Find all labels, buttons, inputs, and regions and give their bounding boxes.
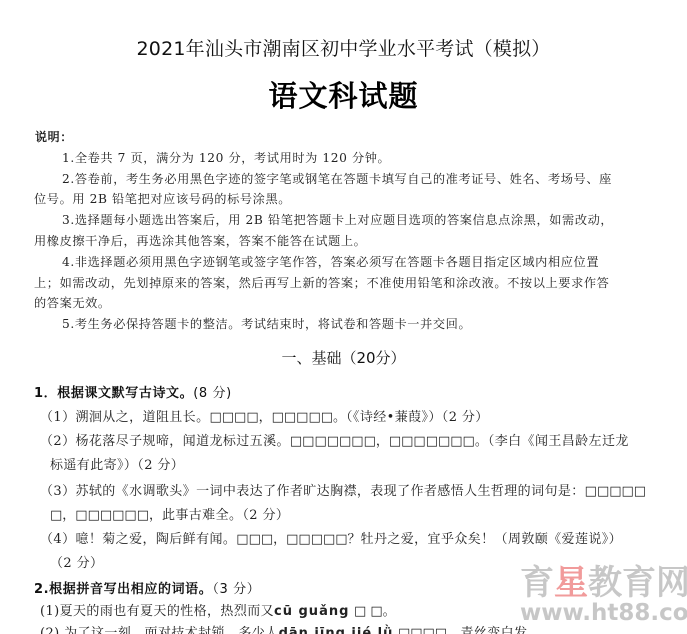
q2-item-2-answer-boxes[interactable]: □□□□ (398, 626, 447, 634)
q1-item-1: （1）溯洄从之，道阻且长。□□□□，□□□□□。（《诗经•蒹葭》）（2 分） (40, 406, 489, 425)
q1-item-4-answer-boxes[interactable]: □□□，□□□□□？ (236, 532, 360, 547)
q1-item-1-text: （1）溯洄从之，道阻且长。 (40, 410, 209, 425)
question-1-score: (8 分) (193, 386, 232, 401)
q1-item-2-cont: 标遥有此寄》）（2 分） (50, 454, 184, 473)
q1-item-2: （2）杨花落尽子规啼，闻道龙标过五溪。□□□□□□□，□□□□□□□。（李白《闻… (40, 430, 629, 449)
q1-item-3-answer-boxes-cont[interactable]: □，□□□□□□， (50, 508, 162, 523)
watermark-char-rest: 教育网 (588, 563, 687, 603)
instructions-heading: 说明： (35, 128, 73, 145)
subject-title: 语文科试题 (0, 74, 687, 115)
q2-item-1: (1)夏天的雨也有夏天的性格，热烈而又cū guǎng □ □。 (40, 600, 396, 619)
watermark-url: www.ht88.com (520, 601, 687, 625)
instruction-line-2-cont: 位号。用 2B 铅笔把对应该号码的标号涂黑。 (34, 190, 291, 207)
q1-item-3-cont: □，□□□□□□，此事古难全。（2 分） (50, 504, 289, 523)
q1-item-4-source: 牡丹之爱，宜乎众矣！（周敦颐《爱莲说》） (361, 532, 623, 547)
watermark-star-char: 星 (554, 563, 588, 603)
q1-item-3-cont-text: 此事古难全。（2 分） (162, 508, 289, 523)
question-1-heading: 1．根据课文默写古诗文。(8 分) (34, 382, 232, 401)
q1-item-2-text: （2）杨花落尽子规啼，闻道龙标过五溪。 (40, 434, 290, 449)
q1-item-2-answer-boxes[interactable]: □□□□□□□，□□□□□□□。 (290, 434, 488, 449)
q2-item-2-tail: ，青丝变白发。 (447, 626, 541, 634)
q1-item-4-text: （4）噫！菊之爱，陶后鲜有闻。 (40, 532, 236, 547)
q1-item-2-source: （李白《闻王昌龄左迁龙 (488, 434, 629, 449)
q2-item-2-text: (2) 为了这一刻，面对技术封锁，多少人 (40, 626, 279, 634)
instruction-line-4-cont-a: 上；如需改动，先划掉原来的答案，然后再写上新的答案；不准使用铅笔和涂改液。不按以… (34, 274, 609, 291)
q1-item-3-text: （3）苏轼的《水调歌头》一词中表达了作者旷达胸襟，表现了作者感悟人生哲理的词句是… (40, 484, 585, 499)
q1-item-3-answer-boxes[interactable]: □□□□□ (585, 484, 646, 499)
watermark-char-1: 育 (520, 563, 554, 603)
q1-item-4-cont: （2 分） (50, 552, 103, 571)
q2-item-2-pinyin: dān jīng jié lǜ (279, 626, 394, 634)
q1-item-4: （4）噫！菊之爱，陶后鲜有闻。□□□，□□□□□？牡丹之爱，宜乎众矣！（周敦颐《… (40, 528, 622, 547)
instruction-line-4-cont-b: 的答案无效。 (34, 294, 111, 311)
instruction-line-1: 1.全卷共 7 页，满分为 120 分，考试用时为 120 分钟。 (62, 149, 390, 166)
q2-item-1-text: (1)夏天的雨也有夏天的性格，热烈而又 (40, 604, 274, 619)
instruction-line-3: 3.选择题每小题选出答案后，用 2B 铅笔把答题卡上对应题目选项的答案信息点涂黑… (62, 211, 613, 228)
q1-item-1-answer-boxes[interactable]: □□□□，□□□□□。 (209, 410, 346, 425)
instruction-line-4: 4.非选择题必须用黑色字迹钢笔或签字笔作答，答案必须写在答题卡各题目指定区域内相… (62, 253, 599, 270)
question-2-score: （3 分） (212, 582, 260, 597)
exam-title: 2021年汕头市潮南区初中学业水平考试（模拟） (0, 34, 687, 61)
q1-item-3: （3）苏轼的《水调歌头》一词中表达了作者旷达胸襟，表现了作者感悟人生哲理的词句是… (40, 480, 646, 499)
question-2-title: 2.根据拼音写出相应的词语。 (34, 582, 212, 597)
q1-item-1-source: （《诗经•蒹葭》）（2 分） (346, 410, 489, 425)
watermark-site-name: 育星教育网 (520, 565, 687, 601)
q2-item-1-answer-boxes[interactable]: □ □。 (354, 604, 396, 619)
instruction-line-3-cont: 用橡皮擦干净后，再选涂其他答案，答案不能答在试题上。 (34, 232, 366, 249)
question-2-heading: 2.根据拼音写出相应的词语。（3 分） (34, 578, 260, 597)
q2-item-1-pinyin: cū guǎng (274, 604, 349, 619)
question-1-title: 1．根据课文默写古诗文。 (34, 386, 193, 401)
section-heading-basics: 一、基础（20分） (0, 347, 687, 368)
instruction-line-5: 5.考生务必保持答题卡的整洁。考试结束时，将试卷和答题卡一并交回。 (62, 315, 471, 332)
q2-item-2: (2) 为了这一刻，面对技术封锁，多少人dān jīng jié lǜ □□□□… (40, 622, 541, 634)
instruction-line-2: 2.答卷前，考生务必用黑色字迹的签字笔或钢笔在答题卡填写自己的准考证号、姓名、考… (62, 170, 612, 187)
exam-paper-page: 2021年汕头市潮南区初中学业水平考试（模拟） 语文科试题 说明： 1.全卷共 … (0, 0, 687, 634)
watermark-logo: 育星教育网 www.ht88.com (520, 565, 687, 625)
